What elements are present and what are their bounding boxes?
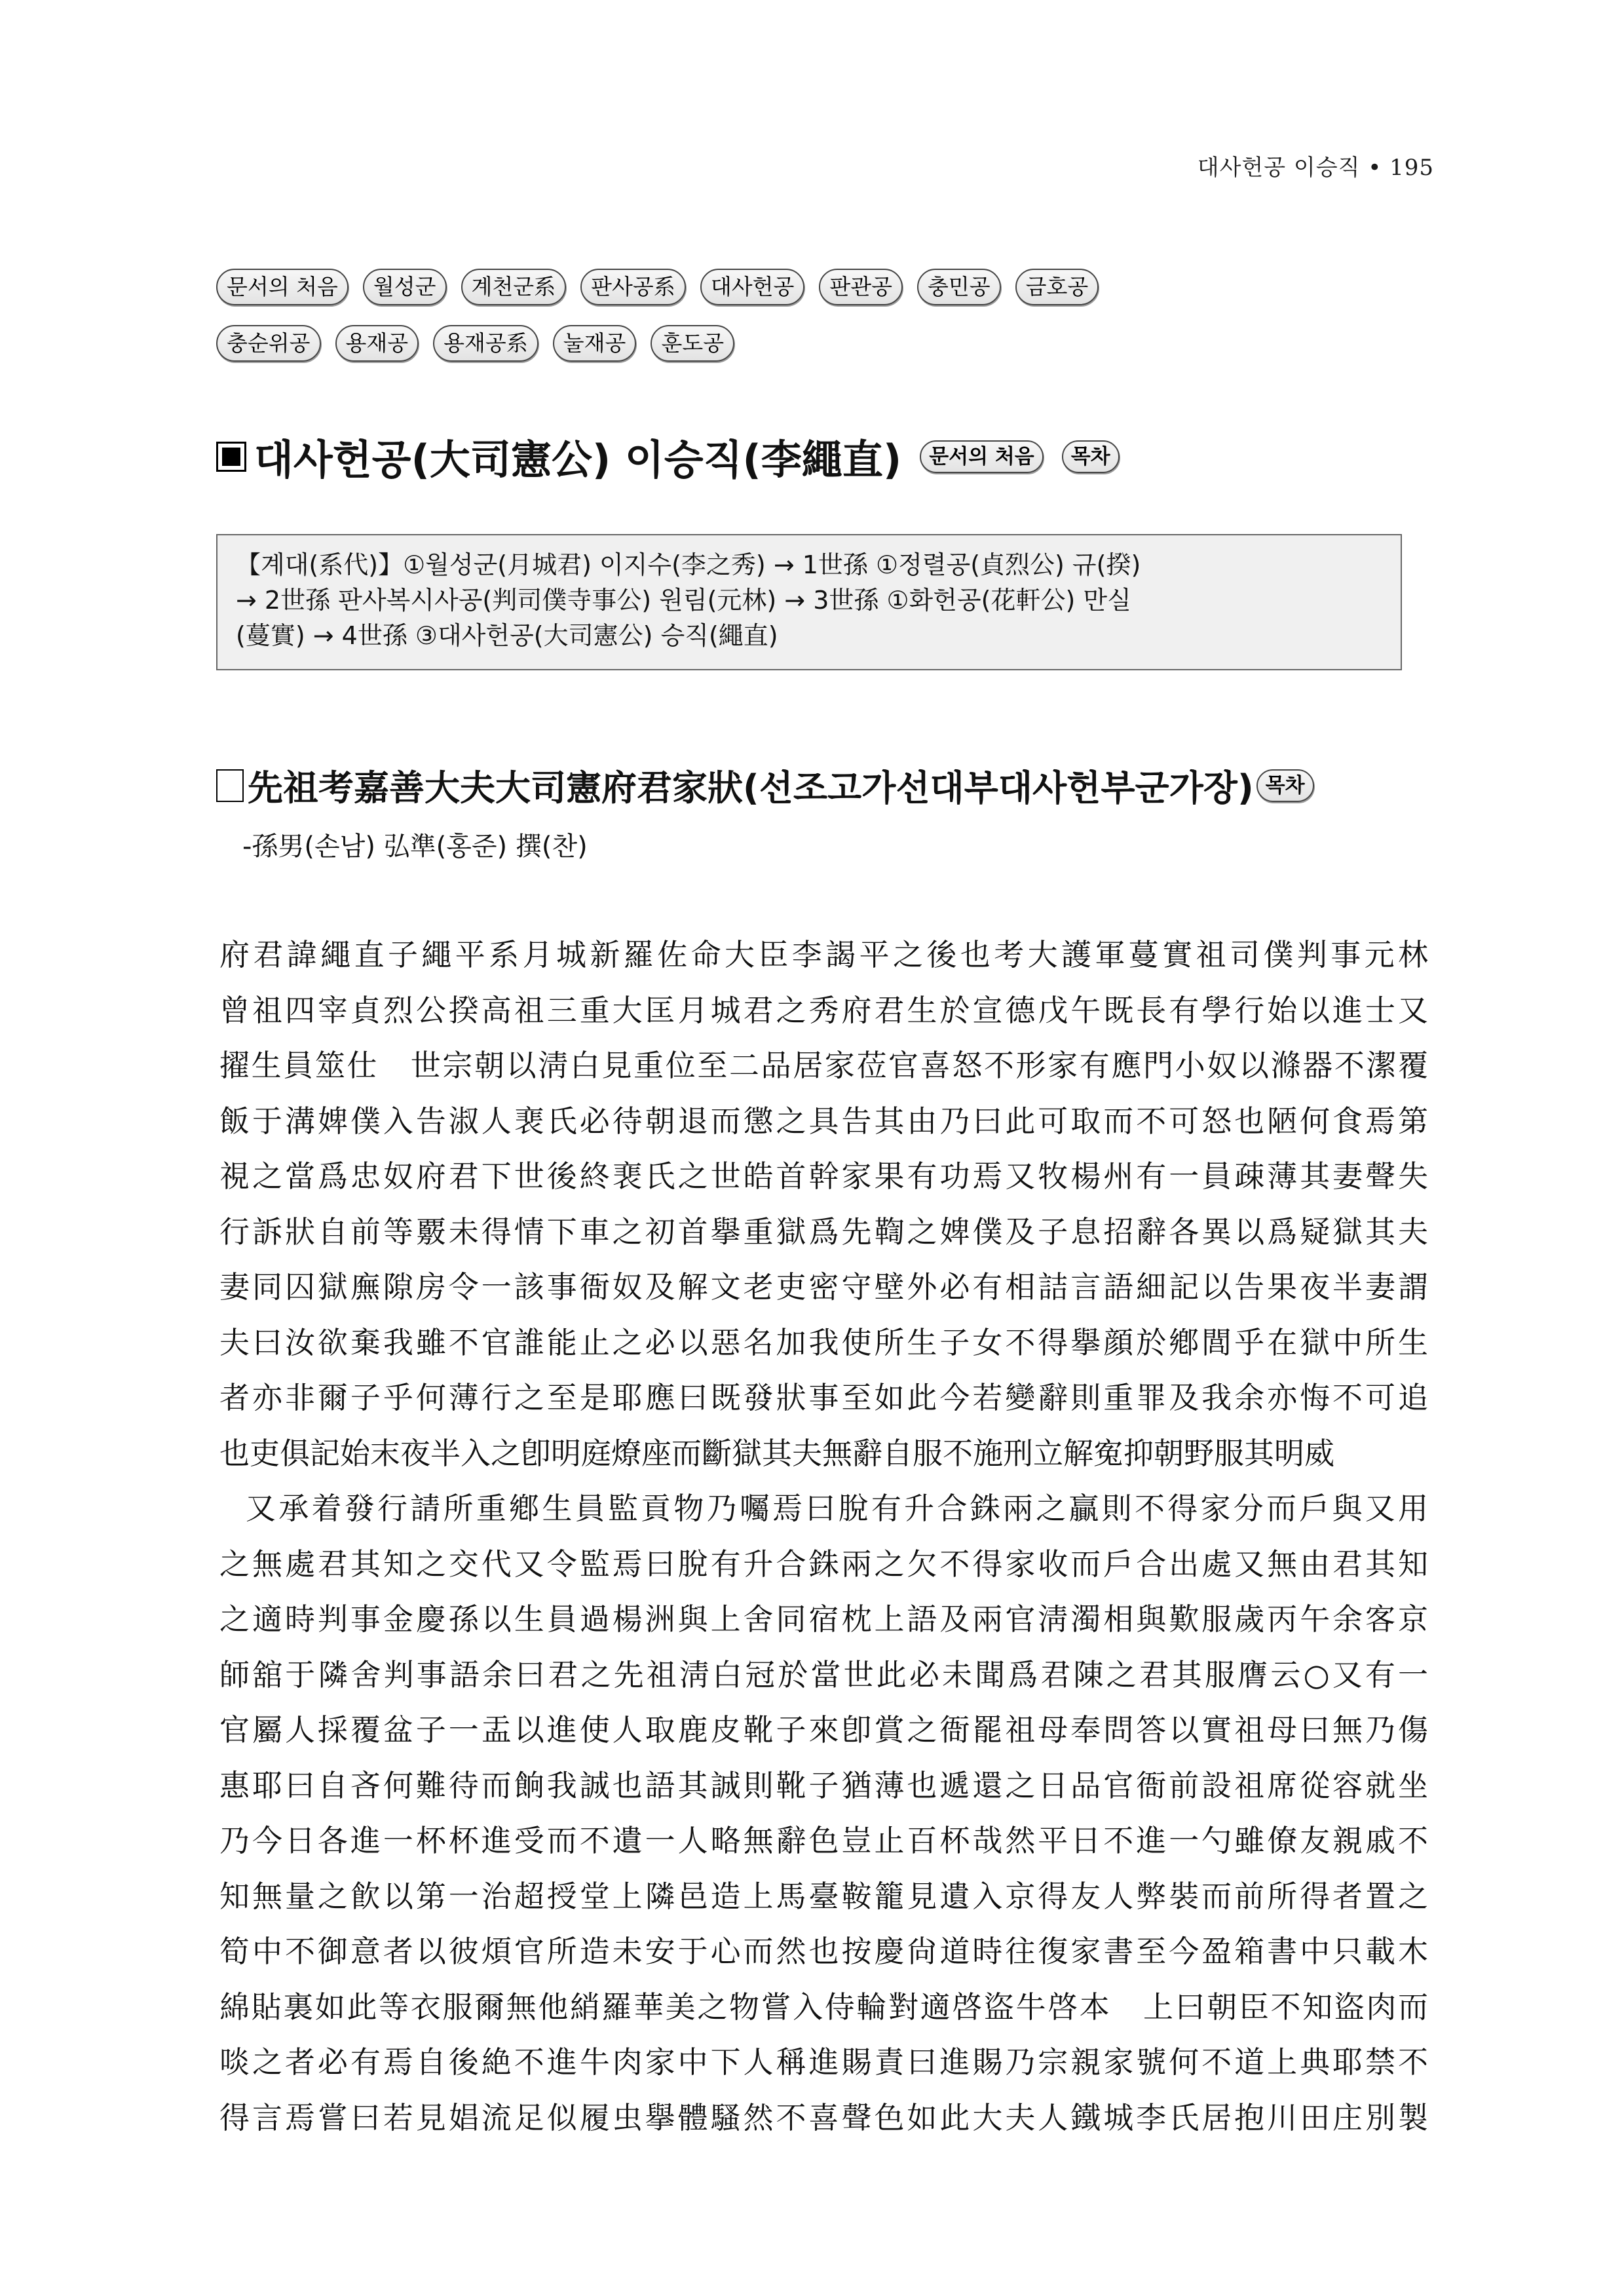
body-line: 擢生員筮仕 世宗朝以淸白見重位至二品居家莅官喜怒不形家有應門小奴以滌器不潔覆 xyxy=(219,1038,1428,1094)
body-line: 者亦非爾子乎何薄行之至是耶應曰既發狀事至如此今若變辭則重罪及我余亦悔不可追 xyxy=(219,1370,1428,1426)
nav-row-2: 충순위공 용재공 용재공系 눌재공 훈도공 xyxy=(216,325,1330,362)
nav-link-chungmin-gong[interactable]: 충민공 xyxy=(917,269,1001,305)
nav-row-1: 문서의 처음 월성군 계천군系 판사공系 대사헌공 판관공 충민공 금호공 xyxy=(216,269,1330,305)
nav-link-nuljae-gong[interactable]: 눌재공 xyxy=(553,325,637,362)
body-line: 視之當爲忠奴府君下世後終裵氏之世皓首幹家果有功焉又牧楊州有一員疎薄其妻聲失 xyxy=(219,1149,1428,1204)
lineage-line: → 2世孫 판사복시사공(判司僕寺事公) 원림(元林) → 3世孫 ①화헌공(花… xyxy=(236,583,1385,618)
lineage-line: 【계대(系代)】①월성군(月城君) 이지수(李之秀) → 1世孫 ①정렬공(貞烈… xyxy=(236,547,1385,583)
body-line: 行訴狀自前等覈未得情下車之初首擧重獄爲先鞫之婢僕及子息招辭各異以爲疑獄其夫 xyxy=(219,1204,1428,1260)
lineage-line: (蔓實) → 4世孫 ③대사헌공(大司憲公) 승직(繩直) xyxy=(236,618,1385,653)
section-heading: 대사헌공(大司憲公) 이승직(李繩直) 문서의 처음 목차 xyxy=(216,427,1120,486)
body-text: 府君諱繩直子繩平系月城新羅佐命大臣李謁平之後也考大護軍蔓實祖司僕判事元林 曾祖四… xyxy=(219,927,1428,2145)
body-line: 筍中不御意者以彼煩官所造未安于心而然也按慶尙道時往復家書至今盈箱書中只載木 xyxy=(219,1924,1428,1980)
body-line: 也吏俱記始末夜半入之卽明庭燎座而斷獄其夫無辭自服不施刑立解寃抑朝野服其明威 xyxy=(219,1426,1428,1482)
section-title-text: 대사헌공(大司憲公) 이승직(李繩直) xyxy=(254,427,901,486)
lineage-box: 【계대(系代)】①월성군(月城君) 이지수(李之秀) → 1世孫 ①정렬공(貞烈… xyxy=(216,534,1402,670)
nav-link-daesaheon-gong[interactable]: 대사헌공 xyxy=(700,269,805,305)
section-navigation: 문서의 처음 월성군 계천군系 판사공系 대사헌공 판관공 충민공 금호공 충순… xyxy=(216,269,1330,381)
body-line: 乃今日各進一杯杯進受而不遺一人略無辭色豈止百杯哉然平日不進一勺雖僚友親戚不 xyxy=(219,1813,1428,1869)
body-line: 之適時判事金慶孫以生員過楊洲與上舍同宿枕上語及兩官淸濁相與歎服歲丙午余客京 xyxy=(219,1592,1428,1647)
table-of-contents-button[interactable]: 목차 xyxy=(1062,440,1120,473)
nav-link-chungsunwi-gong[interactable]: 충순위공 xyxy=(216,325,321,362)
body-line: 啖之者必有焉自後絶不進牛肉家中下人稱進賜責曰進賜乃宗親家號何不道上典耶禁不 xyxy=(219,2035,1428,2090)
body-line: 之無處君其知之交代又令監焉曰脫有升合銖兩之欠不得家收而戶合出處又無由君其知 xyxy=(219,1537,1428,1592)
document-start-button[interactable]: 문서의 처음 xyxy=(920,440,1044,473)
body-line: 妻同囚獄廡隙房令一該事衙奴及解文老吏密守壁外必有相詰言語細記以告果夜半妻謂 xyxy=(219,1259,1428,1315)
running-header: 대사헌공 이승직 • 195 xyxy=(1198,149,1434,182)
body-line: 師舘于隣舍判事語余曰君之先祖淸白冠於當世此必未聞爲君陳之君其服膺云○又有一 xyxy=(219,1647,1428,1703)
nav-link-wolseong-gun[interactable]: 월성군 xyxy=(363,269,447,305)
body-line: 官屬人採覆盆子一盂以進使人取鹿皮靴子來卽賞之衙罷祖母奉問答以實祖母曰無乃傷 xyxy=(219,1702,1428,1758)
body-line: 府君諱繩直子繩平系月城新羅佐命大臣李謁平之後也考大護軍蔓實祖司僕判事元林 xyxy=(219,927,1428,983)
author-line: -孫男(손남) 弘準(홍준) 撰(찬) xyxy=(242,826,588,863)
nav-link-yongjae-gong[interactable]: 용재공 xyxy=(335,325,419,362)
table-of-contents-button[interactable]: 목차 xyxy=(1256,769,1314,802)
body-line: 惠耶曰自吝何難待而餉我誠也語其誠則靴子猶薄也遞還之日品官衙前設祖席從容就坐 xyxy=(219,1758,1428,1814)
nav-link-hundo-gong[interactable]: 훈도공 xyxy=(651,325,734,362)
nav-link-yongjae-gong-line[interactable]: 용재공系 xyxy=(433,325,538,362)
body-line: 知無量之飮以第一治超授堂上隣邑造上馬臺鞍籠見遺入京得友人弊裝而前所得者置之 xyxy=(219,1869,1428,1924)
body-line: 夫曰汝欲棄我雖不官誰能止之必以惡名加我使所生子女不得擧顔於鄕閭乎在獄中所生 xyxy=(219,1315,1428,1371)
nav-link-geumho-gong[interactable]: 금호공 xyxy=(1015,269,1099,305)
body-line: 又承着發行請所重鄕生員監貢物乃囑焉曰脫有升合銖兩之贏則不得家分而戶與又用 xyxy=(219,1481,1428,1537)
body-line: 得言焉嘗曰若見娼流足似履虫擧體騷然不喜聲色如此大夫人鐵城李氏居抱川田庄別製 xyxy=(219,2090,1428,2146)
filled-square-bullet-icon xyxy=(216,442,246,472)
nav-link-pansa-gong-line[interactable]: 판사공系 xyxy=(580,269,686,305)
nav-link-document-start[interactable]: 문서의 처음 xyxy=(216,269,349,305)
nav-link-pangwan-gong[interactable]: 판관공 xyxy=(819,269,903,305)
body-line: 綿貼裏如此等衣服爾無他綃羅華美之物嘗入侍輪對適啓盜牛啓本 上曰朝臣不知盜肉而 xyxy=(219,1980,1428,2035)
hollow-square-bullet-icon xyxy=(216,769,244,802)
nav-link-gyecheon-gun-line[interactable]: 계천군系 xyxy=(461,269,567,305)
document-title-text: 先祖考嘉善大夫大司憲府君家狀(선조고가선대부대사헌부군가장) xyxy=(248,760,1254,811)
body-line: 曾祖四宰貞烈公揆高祖三重大匡月城君之秀府君生於宣德戊午既長有學行始以進士又 xyxy=(219,983,1428,1039)
body-line: 飯于溝婢僕入告淑人裵氏必待朝退而懲之具告其由乃曰此可取而不可怒也陋何食焉第 xyxy=(219,1094,1428,1149)
document-heading: 先祖考嘉善大夫大司憲府君家狀(선조고가선대부대사헌부군가장) 목차 xyxy=(216,760,1314,811)
